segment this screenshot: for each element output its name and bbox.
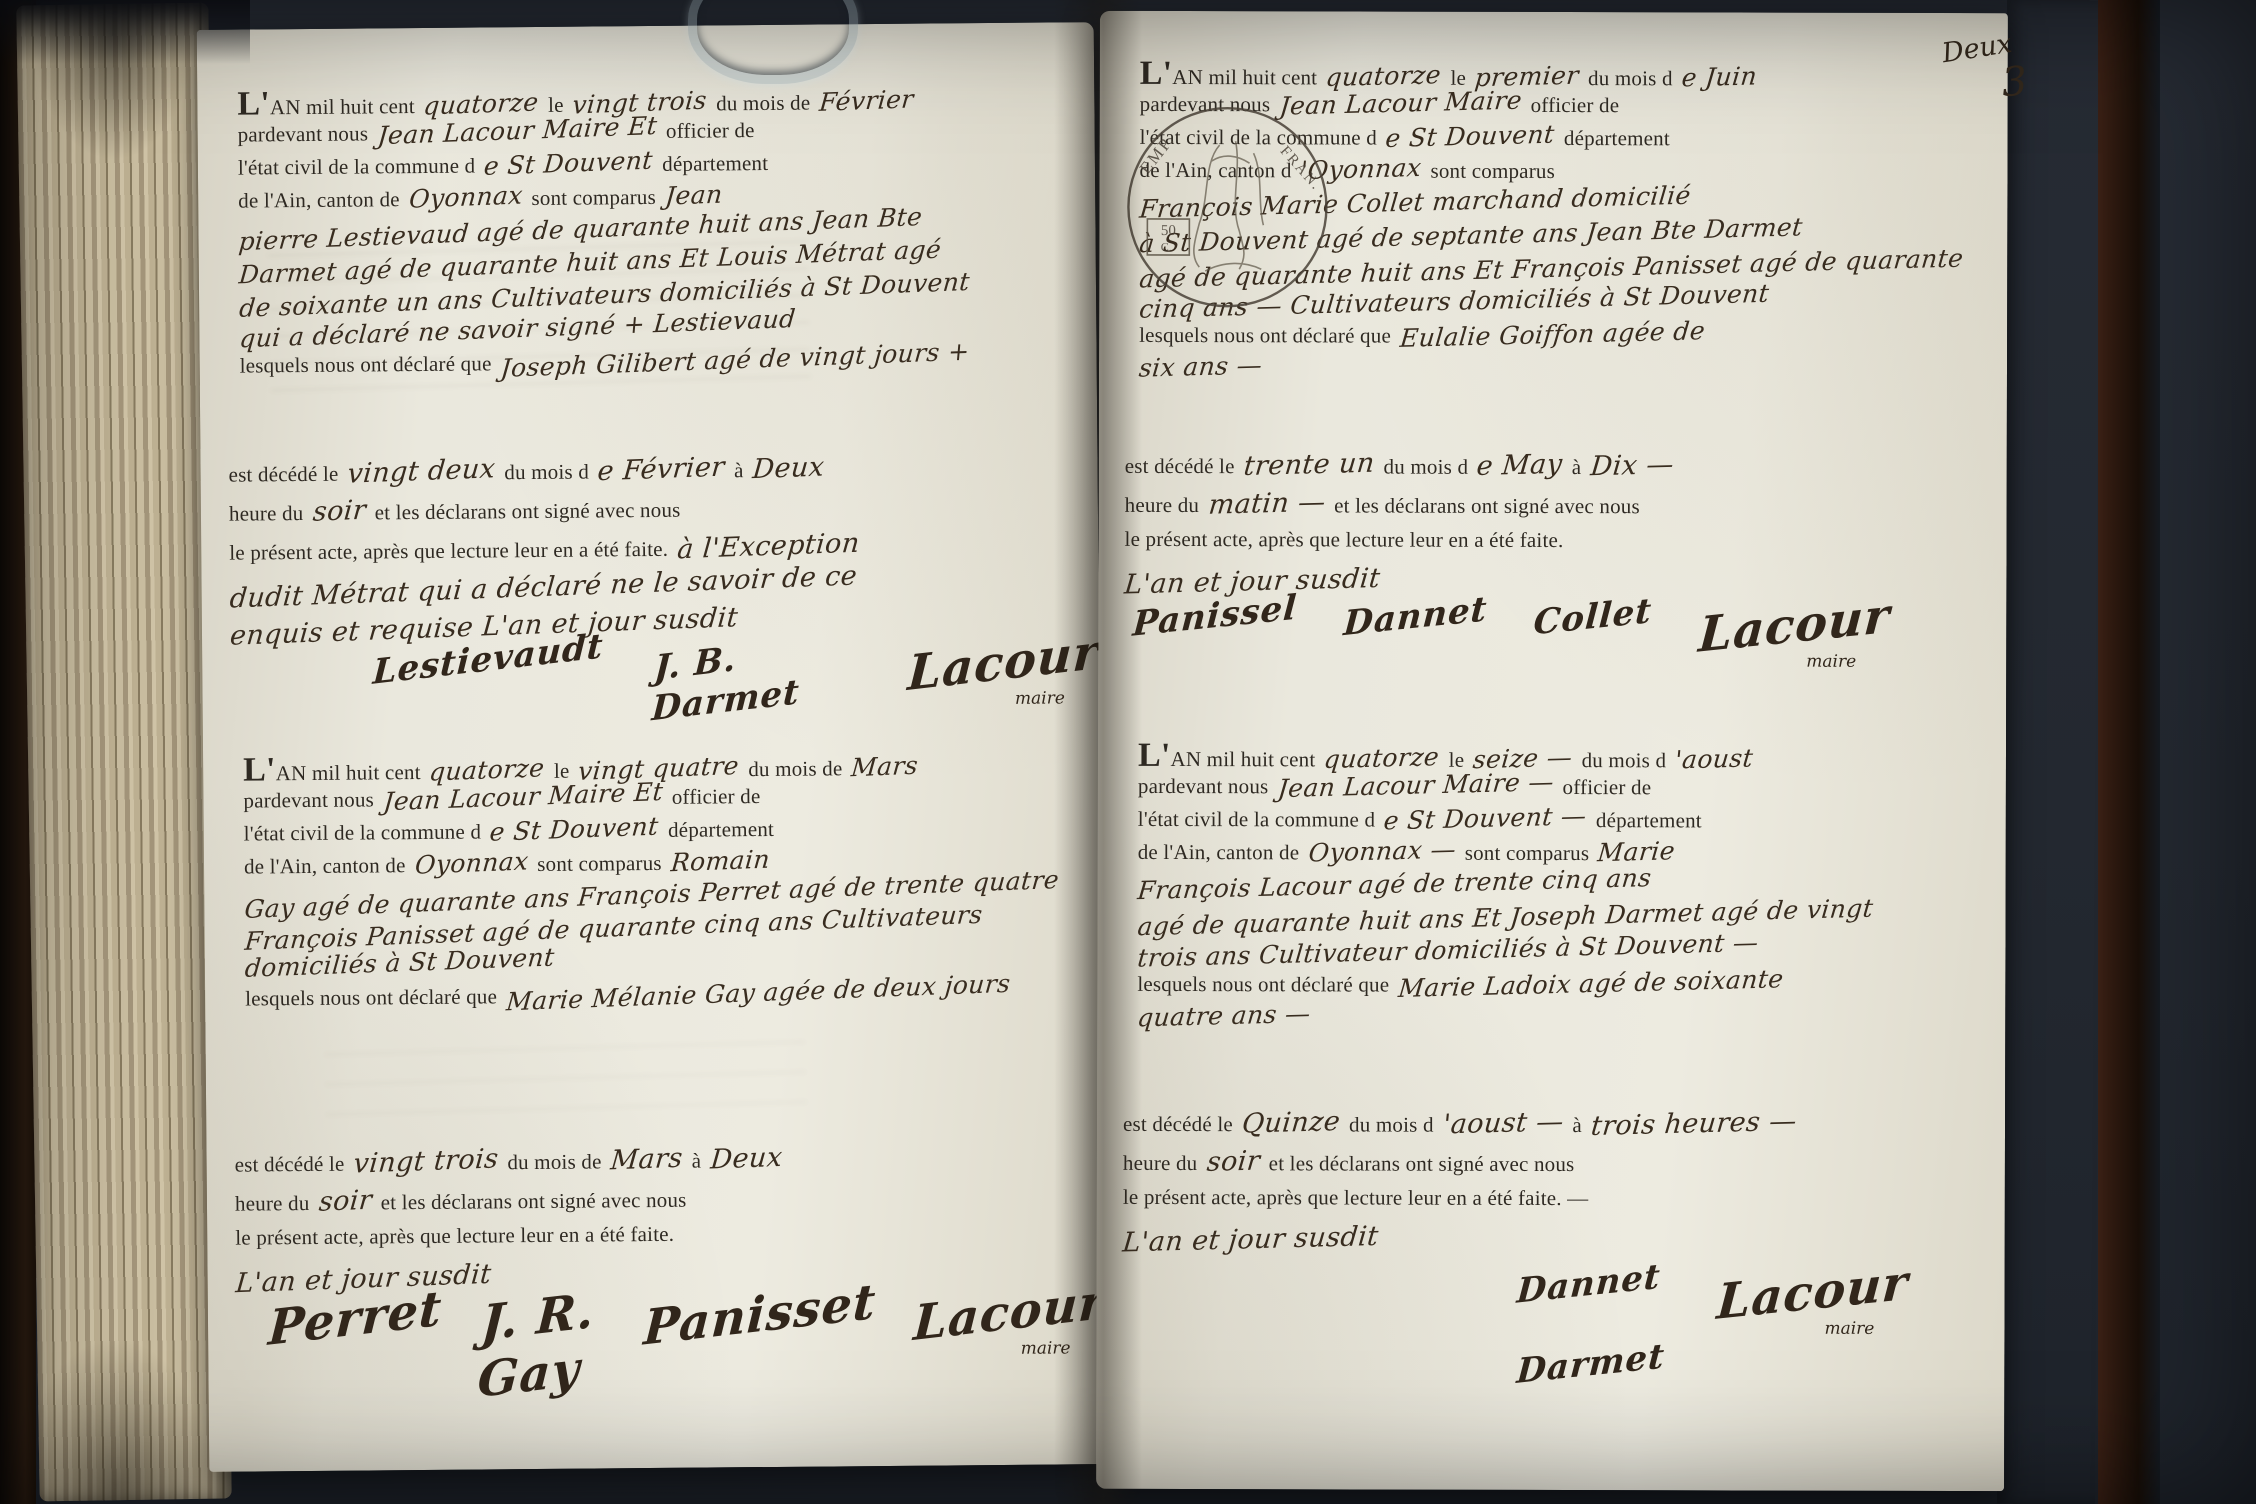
act-closing-text: est décédé leQuinzedu mois d'aoust —àtro…	[1123, 1107, 1806, 1265]
signature: Dannet	[1343, 596, 1487, 636]
signature-title: maire	[1806, 652, 1856, 672]
act-signatures: PanisselDannetColletLacourmaire	[1132, 596, 1891, 654]
signature-name: J. R. Gay	[476, 1281, 610, 1409]
handwritten-text: Oyonnax	[413, 846, 529, 879]
form-line: lesquels nous ont déclaré queMarie Mélan…	[245, 975, 1069, 1015]
printed-form-text: pardevant nous	[1138, 774, 1269, 798]
signature: Perret	[268, 1290, 443, 1348]
form-line: heure dusoiret les déclarans ont signé a…	[235, 1182, 792, 1226]
left-page: L'AN mil huit centquatorzelevingt troisd…	[197, 22, 1107, 1472]
handwritten-text: Jean Lacour Maire —	[1276, 767, 1555, 803]
handwritten-text: vingt trois	[352, 1143, 499, 1179]
form-line: est décédé levingt troisdu mois deMarsàD…	[234, 1143, 791, 1187]
printed-form-text: du mois de	[507, 1149, 601, 1174]
handwritten-text: Romain	[670, 845, 771, 878]
handwritten-text: Deux	[709, 1142, 783, 1176]
printed-form-text: et les déclarans ont signé avec nous	[381, 1188, 687, 1215]
register-photograph: L'AN mil huit centquatorzelevingt troisd…	[0, 0, 2256, 1504]
act-closing-text: est décédé levingt troisdu mois deMarsàD…	[234, 1143, 792, 1304]
printed-form-text: lesquels nous ont déclaré que	[1137, 972, 1389, 997]
signature: J. R. Gay	[478, 1288, 607, 1401]
folio-number: 3	[2000, 58, 2029, 106]
signature-name: Lacour	[1697, 587, 1892, 663]
handwritten-text: L'an et jour susdit	[1121, 1221, 1380, 1259]
book-gutter-shadow	[1054, 0, 1142, 1504]
handwritten-text: quatre ans —	[1136, 999, 1312, 1032]
handwritten-text: François Lacour agé de trente cinq ans	[1136, 863, 1653, 905]
folio-marker: Deux 3	[1942, 33, 2012, 64]
form-line: de l'Ain, canton deOyonnax —sont comparu…	[1138, 836, 1883, 871]
form-line: lesquels nous ont déclaré queMarie Ladoi…	[1137, 968, 1882, 1003]
signature: Collet	[1534, 597, 1653, 637]
stamp-value: 50	[1161, 223, 1176, 239]
printed-form-text: est décédé le	[235, 1152, 345, 1177]
signature-name: Darmet	[1515, 1336, 1666, 1392]
form-line: le présent acte, après que lecture leur …	[1123, 1185, 1806, 1226]
handwritten-text: Mars	[609, 1143, 684, 1177]
form-line: heure dusoiret les déclarans ont signé a…	[1123, 1146, 1806, 1187]
handwritten-text: soir	[1205, 1145, 1261, 1177]
signature: Panissel	[1132, 596, 1297, 636]
form-line: quatre ans —	[1137, 1001, 1882, 1036]
handwritten-text: quatorze	[1323, 742, 1441, 774]
printed-form-text: le	[1449, 748, 1465, 772]
corner-shadow	[0, 0, 250, 64]
act-signatures: PerretJ. R. GayPanissetLacourmaire	[268, 1284, 1106, 1403]
handwritten-text: Jean Lacour Maire Et	[382, 777, 664, 816]
form-line: est décédé leQuinzedu mois d'aoust —àtro…	[1123, 1107, 1806, 1148]
signature: Panisset	[643, 1286, 877, 1344]
form-line: L'AN mil huit centquatorzeleseize —du mo…	[1138, 737, 1883, 772]
act-opening-text: L'AN mil huit centquatorzeleseize —du mo…	[1137, 737, 1883, 1036]
signature-name: Perret	[267, 1280, 444, 1357]
right-page: Deux 3 50 C. EMP. FRAN. L'AN mil huit ce…	[1096, 11, 2008, 1491]
form-line: l'état civil de la commune de St Douvent…	[1138, 803, 1883, 838]
handwritten-text: e St Douvent —	[1383, 801, 1588, 835]
signature: Lestievaudt	[372, 638, 604, 680]
printed-form-text: sont comparus	[1465, 841, 1590, 865]
handwritten-text: 'aoust	[1674, 743, 1755, 774]
printed-form-text: L'AN mil huit cent	[1138, 747, 1316, 771]
printed-form-text: département	[668, 817, 774, 842]
printed-form-text: officier de	[672, 784, 761, 809]
stamp-figure	[1194, 141, 1264, 271]
signature-name: Dannet	[1342, 589, 1488, 644]
signature-name: J. B. Darmet	[651, 625, 861, 729]
form-line: pardevant nousJean Lacour Maire —officie…	[1138, 770, 1883, 805]
signature-name: Panissel	[1131, 587, 1298, 644]
signature: Lacourmaire	[1699, 597, 1891, 654]
handwritten-text: Mars	[850, 751, 919, 783]
printed-form-text: heure du	[235, 1191, 310, 1216]
printed-form-text: l'état civil de la commune d	[1138, 807, 1375, 832]
signature-name: Dannet	[1516, 1256, 1662, 1311]
printed-form-text: L'AN mil huit cent	[243, 760, 421, 786]
act-opening-text: L'AN mil huit centquatorzelevingt quatre…	[243, 744, 1069, 1015]
printed-form-text: et les déclarans ont signé avec nous	[1269, 1151, 1575, 1176]
signature: Darmet	[1516, 1344, 1665, 1384]
printed-form-text: à	[692, 1149, 702, 1173]
handwritten-text: Oyonnax —	[1307, 835, 1457, 868]
printed-form-text: du mois de	[748, 756, 842, 781]
handwritten-text: e St Douvent	[489, 812, 660, 847]
printed-form-text: l'état civil de la commune d	[244, 819, 482, 845]
stamp-text-right: FRAN.	[1277, 143, 1325, 194]
printed-form-text: à	[1572, 1113, 1582, 1137]
printed-form-text: département	[1596, 808, 1702, 832]
printed-form-text: sont comparus	[537, 851, 662, 876]
stamp-value-unit: C.	[1161, 240, 1172, 254]
printed-form-text: de l'Ain, canton de	[244, 853, 406, 878]
printed-form-text: lesquels nous ont déclaré que	[245, 984, 497, 1010]
printed-form-text: de l'Ain, canton de	[1138, 840, 1300, 864]
signature: Dannet	[1517, 1264, 1661, 1304]
printed-form-text: pardevant nous	[243, 787, 374, 812]
signature-name: Lacour	[1715, 1255, 1910, 1331]
form-line: L'an et jour susdit	[1123, 1224, 1806, 1265]
form-line: le présent acte, après que lecture leur …	[235, 1221, 792, 1265]
printed-form-text: le présent acte, après que lecture leur …	[235, 1222, 674, 1250]
death-record-act-2: L'AN mil huit centquatorzelevingt quatre…	[197, 22, 1107, 1472]
page-edges-right-stack	[1997, 0, 2105, 1504]
signature: Lacourmaire	[1717, 1264, 1909, 1321]
handwritten-text: trois heures —	[1589, 1106, 1798, 1142]
handwritten-text: Marie Ladoix agé de soixante	[1397, 964, 1785, 1003]
act-signatures: LestievaudtJ. B. DarmetLacourmaire	[372, 634, 1100, 720]
signature-title: maire	[1824, 1319, 1874, 1339]
printed-form-text: du mois d	[1582, 748, 1667, 772]
handwritten-text: soir	[317, 1185, 373, 1218]
revenue-stamp: 50 C. EMP. FRAN.	[1121, 101, 1334, 314]
printed-form-text: le	[554, 759, 570, 783]
book-cover-right-edge	[2098, 0, 2160, 1504]
handwritten-text: Quinze	[1240, 1106, 1341, 1140]
act-signatures: DannetLacourmaireDarmet	[1516, 1264, 1996, 1385]
signature-name: Collet	[1533, 591, 1654, 644]
signature: J. B. Darmet	[652, 636, 859, 718]
printed-form-text: le présent acte, après que lecture leur …	[1123, 1185, 1589, 1210]
form-line: agé de quarante huit ans Et Joseph Darme…	[1138, 902, 1883, 937]
stamp-text-left: EMP.	[1136, 130, 1179, 177]
printed-form-text: officier de	[1563, 775, 1652, 799]
printed-form-text: du mois d	[1349, 1112, 1434, 1136]
handwritten-text: 'aoust —	[1441, 1106, 1565, 1140]
